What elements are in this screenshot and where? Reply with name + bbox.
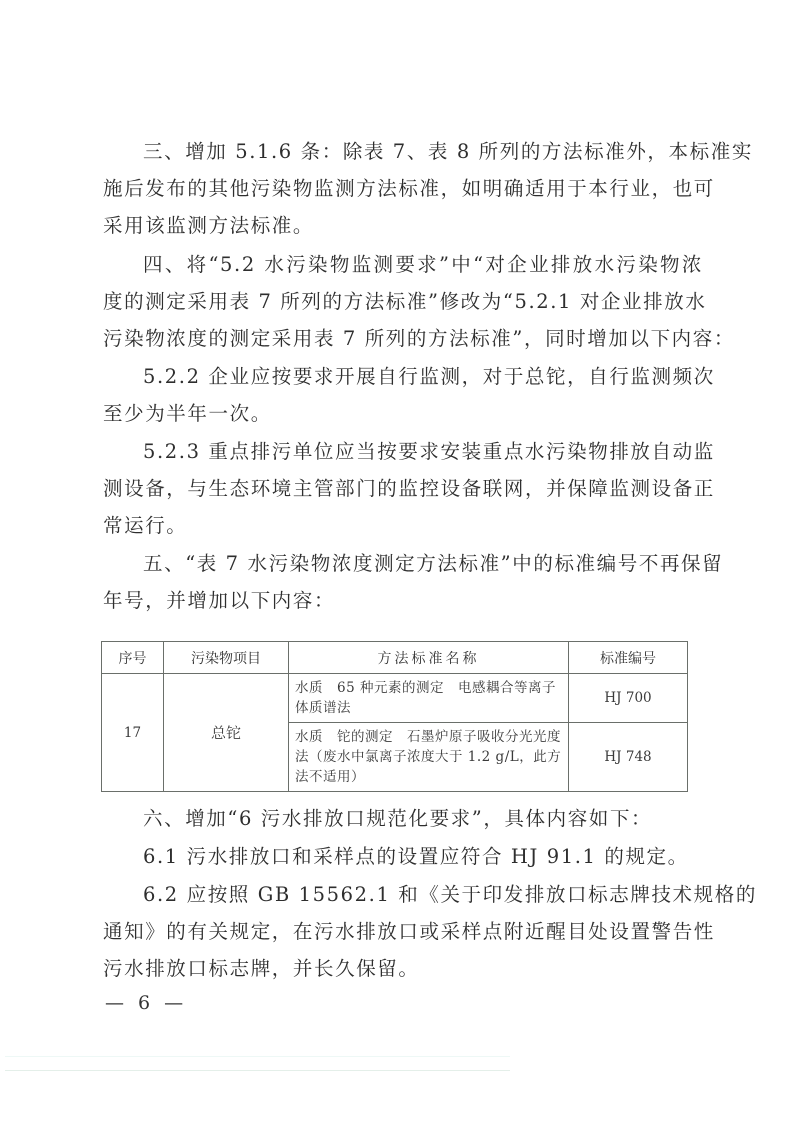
method-standard-table: 序号 污染物项目 方法标准名称 标准编号 17 总铊 水质 65 种元素的测定 … [101,641,688,792]
para-5-line-2: 年号，并增加以下内容： [103,589,703,613]
para-4-line-3: 污染物浓度的测定采用表 7 所列的方法标准”，同时增加以下内容： [103,327,703,351]
para-523-line-1: 5.2.3 重点排污单位应当按要求安装重点水污染物排放自动监 [143,440,703,464]
cell-method-name: 水质 65 种元素的测定 电感耦合等离子体质谱法 [289,674,569,723]
header-pollutant: 污染物项目 [164,642,289,674]
para-3-line-3: 采用该监测方法标准。 [103,214,703,238]
cell-pollutant: 总铊 [164,674,289,792]
table-header-row: 序号 污染物项目 方法标准名称 标准编号 [102,642,688,674]
table-row: 17 总铊 水质 65 种元素的测定 电感耦合等离子体质谱法 HJ 700 [102,674,688,723]
scan-artifact-line [5,1070,510,1071]
para-61-line-1: 6.1 污水排放口和采样点的设置应符合 HJ 91.1 的规定。 [143,845,703,869]
para-522-line-2: 至少为半年一次。 [103,402,703,426]
para-6-line-1: 六、增加“6 污水排放口规范化要求”，具体内容如下： [143,807,703,831]
para-3-line-1: 三、增加 5.1.6 条：除表 7、表 8 所列的方法标准外，本标准实 [143,140,703,164]
para-62-line-2: 通知》的有关规定，在污水排放口或采样点附近醒目处设置警告性 [103,920,703,944]
header-standard-code: 标准编号 [569,642,688,674]
cell-seq: 17 [102,674,164,792]
para-522-line-1: 5.2.2 企业应按要求开展自行监测，对于总铊，自行监测频次 [143,365,703,389]
para-4-line-2: 度的测定采用表 7 所列的方法标准”修改为“5.2.1 对企业排放水 [103,290,703,314]
cell-method-name: 水质 铊的测定 石墨炉原子吸收分光光度法（废水中氯离子浓度大于 1.2 g/L，… [289,723,569,792]
para-523-line-2: 测设备，与生态环境主管部门的监控设备联网，并保障监测设备正 [103,477,703,501]
para-62-line-1: 6.2 应按照 GB 15562.1 和《关于印发排放口标志牌技术规格的 [143,883,703,907]
header-seq: 序号 [102,642,164,674]
para-3-line-2: 施后发布的其他污染物监测方法标准，如明确适用于本行业，也可 [103,177,703,201]
para-62-line-3: 污水排放口标志牌，并长久保留。 [103,957,703,981]
page-number: — 6 — [105,992,187,1014]
cell-standard-code: HJ 700 [569,674,688,723]
para-4-line-1: 四、将“5.2 水污染物监测要求”中“对企业排放水污染物浓 [143,253,703,277]
para-5-line-1: 五、“表 7 水污染物浓度测定方法标准”中的标准编号不再保留 [143,552,703,576]
header-method-name: 方法标准名称 [289,642,569,674]
cell-standard-code: HJ 748 [569,723,688,792]
scan-artifact-line [5,1056,510,1057]
para-523-line-3: 常运行。 [103,514,703,538]
